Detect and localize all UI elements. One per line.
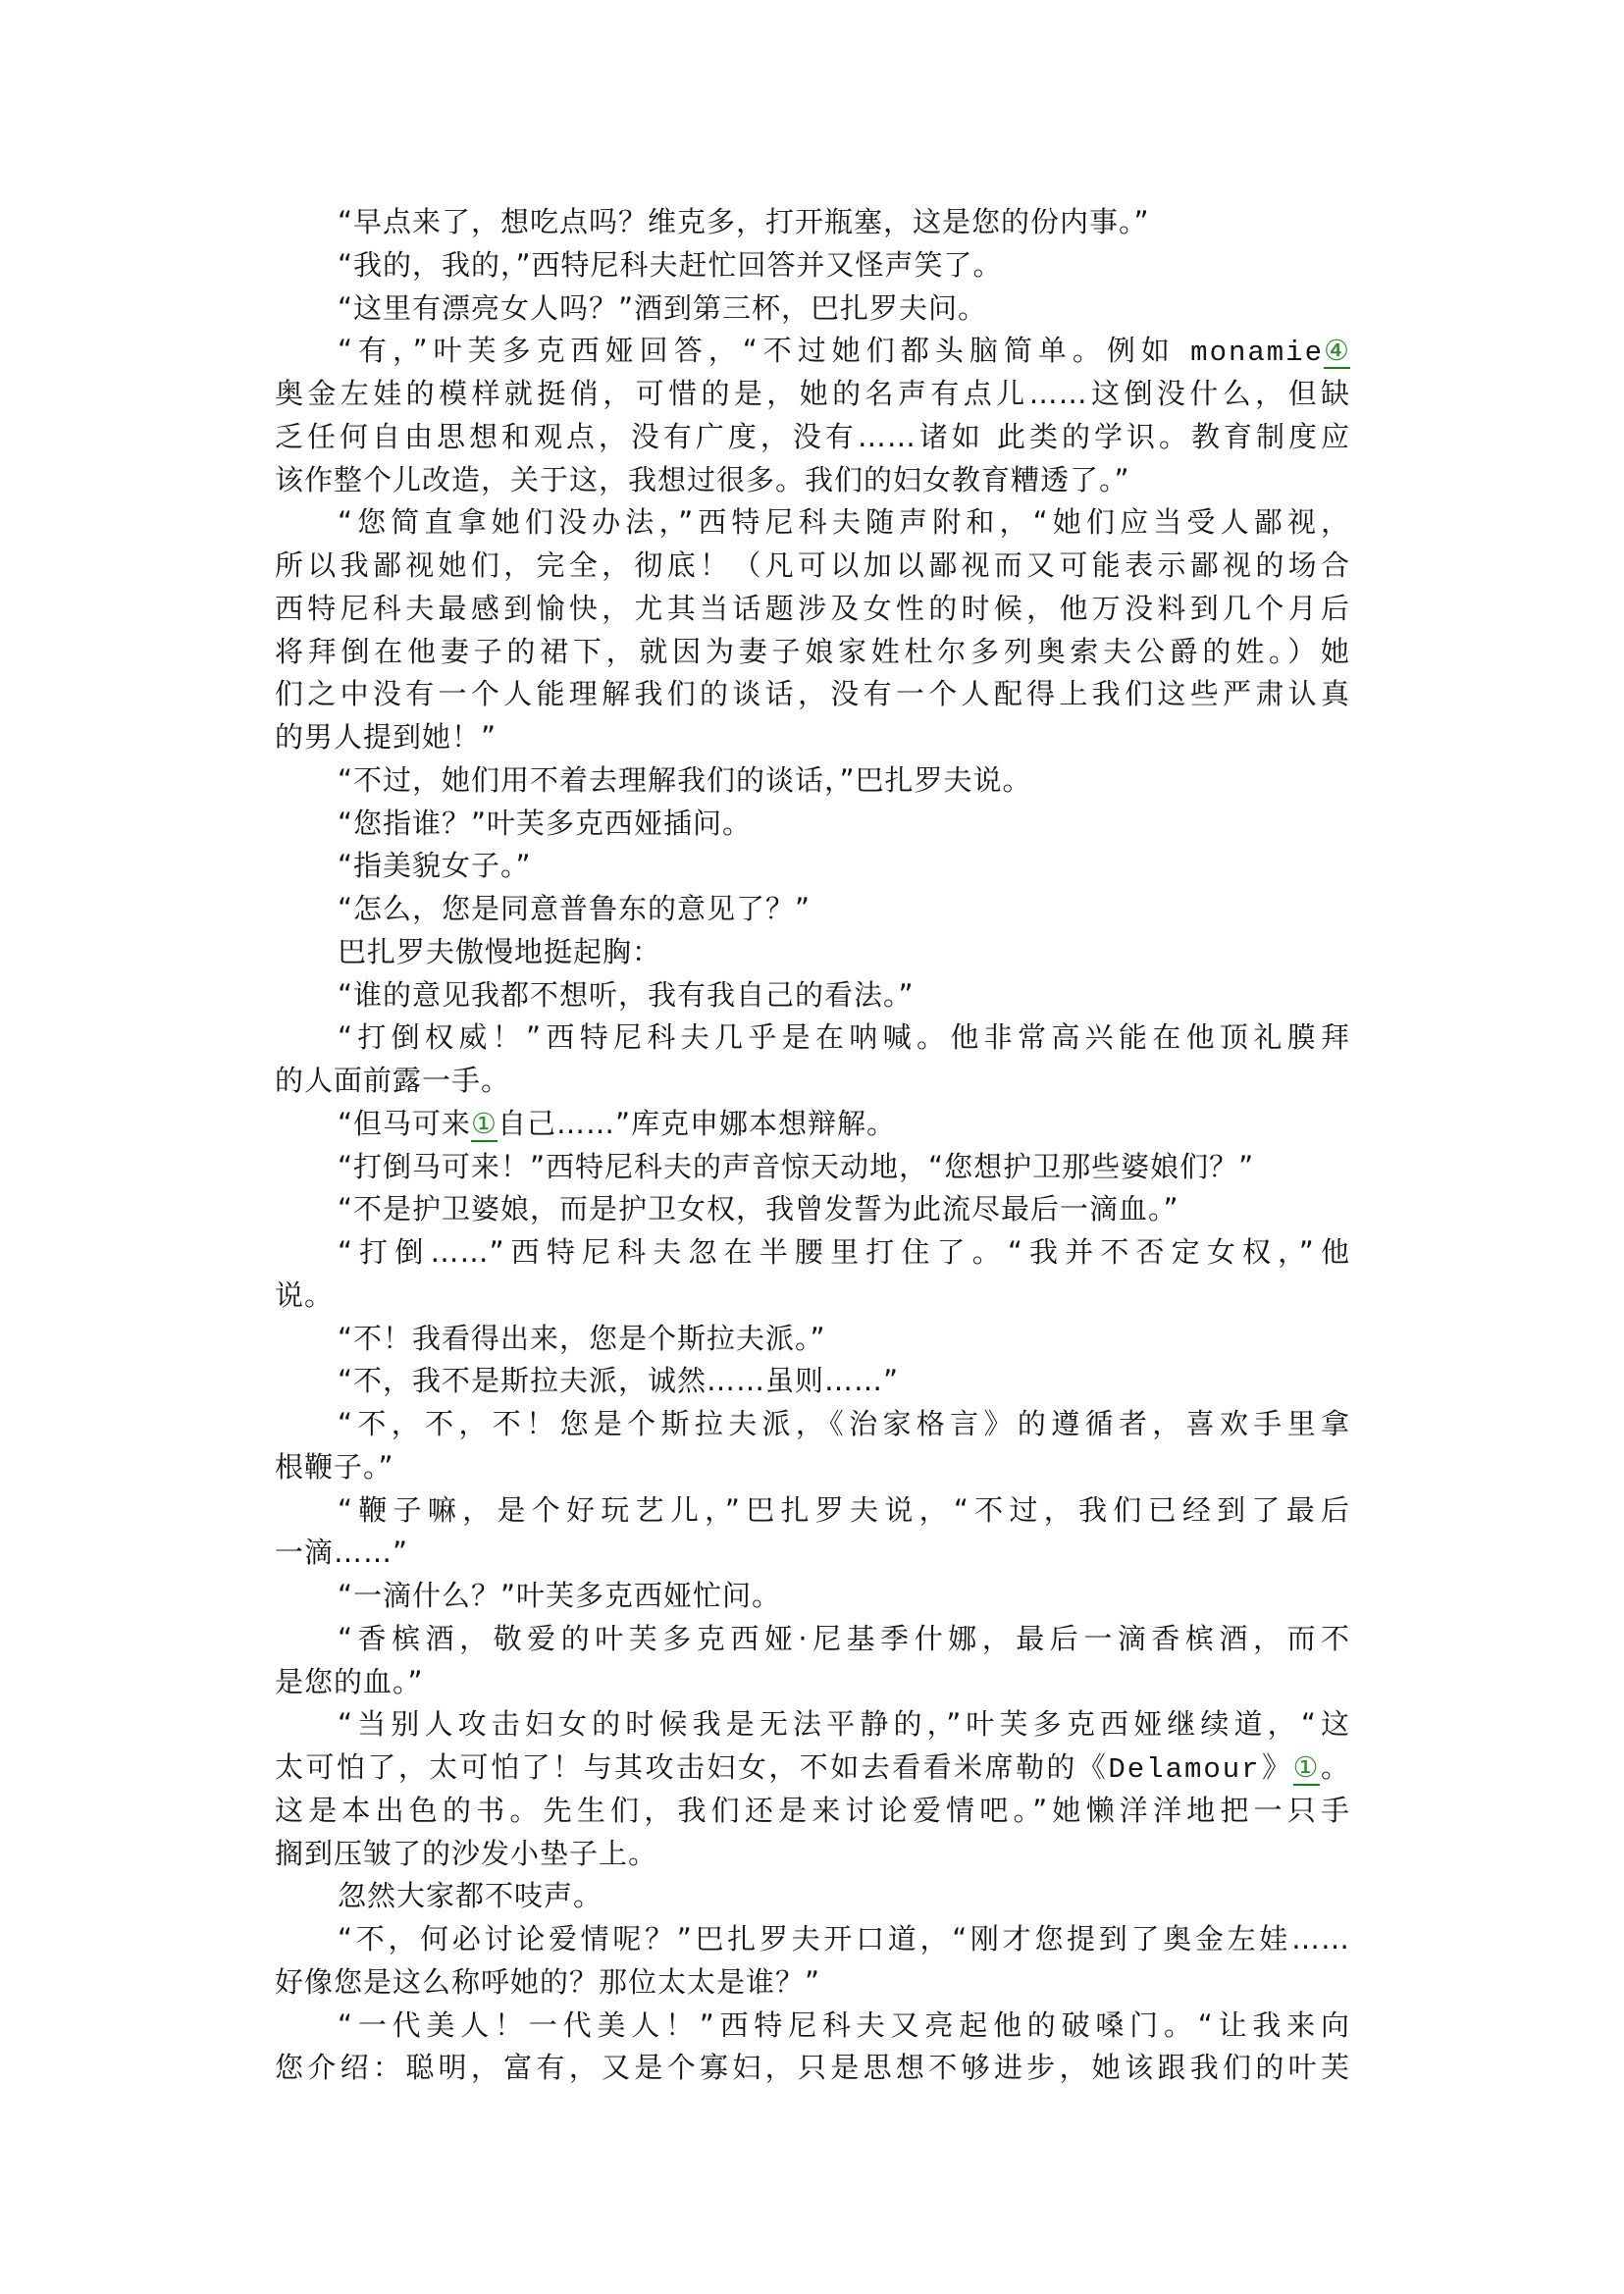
paragraph: “您指谁？”叶芙多克西娅插问。	[275, 803, 1350, 846]
text-segment: 的男人提到她！”	[275, 720, 497, 754]
paragraph: “有，”叶芙多克西娅回答，“不过她们都头脑简单。例如 monamie④奥金左娃的…	[275, 330, 1350, 501]
text-line: 们之中没有一个人能理解我们的谈话，没有一个人配得上我们这些严肃认真	[275, 673, 1350, 716]
text-line: 巴扎罗夫傲慢地挺起胸：	[275, 931, 1350, 974]
text-segment: “不，我不是斯拉夫派，诚然……虽则……”	[338, 1364, 899, 1397]
paragraph: “您简直拿她们没办法，”西特尼科夫随声附和，“她们应当受人鄙视，所以我鄙视她们，…	[275, 501, 1350, 759]
paragraph: “怎么，您是同意普鲁东的意见了？”	[275, 888, 1350, 931]
text-segment: “谁的意见我都不想听，我有我自己的看法。”	[338, 978, 915, 1012]
text-line: 将拜倒在他妻子的裙下，就因为妻子娘家姓杜尔多列奥索夫公爵的姓。）她	[275, 631, 1350, 674]
text-line: “我的，我的，”西特尼科夫赶忙回答并又怪声笑了。	[275, 244, 1350, 287]
text-segment: 忽然大家都不吱声。	[338, 1879, 602, 1912]
paragraph: “不过，她们用不着去理解我们的谈话，”巴扎罗夫说。	[275, 759, 1350, 803]
text-segment: 该作整个儿改造，关于这，我想过很多。我们的妇女教育糟透了。”	[275, 463, 1130, 496]
text-line: “一代美人！一代美人！”西特尼科夫又亮起他的破嗓门。“让我来向	[275, 2005, 1350, 2048]
text-segment: 搁到压皱了的沙发小垫子上。	[275, 1837, 657, 1870]
text-line: “打倒权威！”西特尼科夫几乎是在呐喊。他非常高兴能在他顶礼膜拜	[275, 1017, 1350, 1060]
text-segment: 您介绍：聪明，富有，又是个寡妇，只是思想不够进步，她该跟我们的叶芙	[275, 2051, 1350, 2084]
footnote-marker-link[interactable]: ①	[1293, 1753, 1320, 1786]
text-line: 好像您是这么称呼她的？那位太太是谁？”	[275, 1961, 1350, 2005]
text-line: “香槟酒，敬爱的叶芙多克西娅·尼基季什娜，最后一滴香槟酒，而不	[275, 1618, 1350, 1661]
paragraph: “不是护卫婆娘，而是护卫女权，我曾发誓为此流尽最后一滴血。”	[275, 1188, 1350, 1231]
text-line: “不！我看得出来，您是个斯拉夫派。”	[275, 1318, 1350, 1361]
text-line: “您指谁？”叶芙多克西娅插问。	[275, 803, 1350, 846]
text-segment: 根鞭子。”	[275, 1450, 394, 1484]
text-line: 该作整个儿改造，关于这，我想过很多。我们的妇女教育糟透了。”	[275, 459, 1350, 502]
text-segment: 将拜倒在他妻子的裙下，就因为妻子娘家姓杜尔多列奥索夫公爵的姓。）她	[275, 635, 1350, 668]
text-segment: “一代美人！一代美人！”西特尼科夫又亮起他的破嗓门。“让我来向	[338, 2008, 1350, 2042]
text-segment: 们之中没有一个人能理解我们的谈话，没有一个人配得上我们这些严肃认真	[275, 677, 1350, 710]
text-segment: “指美貌女子。”	[338, 849, 532, 882]
text-line: “一滴什么？”叶芙多克西娅忙问。	[275, 1575, 1350, 1618]
text-line: “不过，她们用不着去理解我们的谈话，”巴扎罗夫说。	[275, 759, 1350, 803]
text-segment: 说。	[275, 1278, 334, 1312]
text-line: 奥金左娃的模样就挺俏，可惜的是，她的名声有点儿……这倒没什么，但缺	[275, 373, 1350, 416]
text-line: “您简直拿她们没办法，”西特尼科夫随声附和，“她们应当受人鄙视，	[275, 501, 1350, 545]
text-segment: “当别人攻击妇女的时候我是无法平静的，”叶芙多克西娅继续道，“这	[338, 1707, 1350, 1741]
text-segment: 太可怕了，太可怕了！与其攻击妇女，不如去看看米席勒的《	[275, 1750, 1108, 1784]
paragraph: “谁的意见我都不想听，我有我自己的看法。”	[275, 974, 1350, 1017]
paragraph: “当别人攻击妇女的时候我是无法平静的，”叶芙多克西娅继续道，“这太可怕了，太可怕…	[275, 1703, 1350, 1875]
text-segment: “不，不，不！您是个斯拉夫派，《治家格言》的遵循者，喜欢手里拿	[338, 1407, 1350, 1440]
text-line: “不是护卫婆娘，而是护卫女权，我曾发誓为此流尽最后一滴血。”	[275, 1188, 1350, 1231]
text-segment: “我的，我的，”西特尼科夫赶忙回答并又怪声笑了。	[338, 248, 1003, 282]
text-line: “但马可来①自己……”库克申娜本想辩解。	[275, 1103, 1350, 1146]
paragraph: “一代美人！一代美人！”西特尼科夫又亮起他的破嗓门。“让我来向您介绍：聪明，富有…	[275, 2005, 1350, 2091]
text-line: 这是本出色的书。先生们，我们还是来讨论爱情吧。”她懒洋洋地把一只手	[275, 1790, 1350, 1833]
text-line: 一滴……”	[275, 1532, 1350, 1575]
text-segment: 。	[1320, 1750, 1350, 1784]
text-segment: 自己……”库克申娜本想辩解。	[498, 1107, 896, 1140]
text-segment: “打倒权威！”西特尼科夫几乎是在呐喊。他非常高兴能在他顶礼膜拜	[338, 1020, 1350, 1054]
paragraph: “但马可来①自己……”库克申娜本想辩解。	[275, 1103, 1350, 1146]
latin-word: monamie	[1190, 337, 1324, 369]
text-line: “鞭子嘛，是个好玩艺儿，”巴扎罗夫说，“不过，我们已经到了最后	[275, 1489, 1350, 1533]
text-line: 乏任何自由思想和观点，没有广度，没有……诸如 此类的学识。教育制度应	[275, 416, 1350, 459]
text-line: 西特尼科夫最感到愉快，尤其当话题涉及女性的时候，他万没料到几个月后	[275, 588, 1350, 631]
text-segment: 是您的血。”	[275, 1665, 424, 1698]
paragraph: “这里有漂亮女人吗？”酒到第三杯，巴扎罗夫问。	[275, 287, 1350, 331]
paragraph: “不，何必讨论爱情呢？”巴扎罗夫开口道，“刚才您提到了奥金左娃……好像您是这么称…	[275, 1918, 1350, 2005]
footnote-marker-link[interactable]: ④	[1324, 337, 1350, 369]
document-page: “早点来了，想吃点吗？维克多，打开瓶塞，这是您的份内事。”“我的，我的，”西特尼…	[275, 201, 1350, 2090]
paragraph: “鞭子嘛，是个好玩艺儿，”巴扎罗夫说，“不过，我们已经到了最后一滴……”	[275, 1489, 1350, 1576]
text-segment: “香槟酒，敬爱的叶芙多克西娅·尼基季什娜，最后一滴香槟酒，而不	[338, 1622, 1350, 1655]
text-segment: “怎么，您是同意普鲁东的意见了？”	[338, 892, 811, 925]
text-line: 搁到压皱了的沙发小垫子上。	[275, 1833, 1350, 1876]
text-segment: “您指谁？”叶芙多克西娅插问。	[338, 807, 752, 840]
text-line: “早点来了，想吃点吗？维克多，打开瓶塞，这是您的份内事。”	[275, 201, 1350, 244]
text-segment: “不！我看得出来，您是个斯拉夫派。”	[338, 1322, 826, 1355]
text-line: 说。	[275, 1275, 1350, 1318]
text-segment: 奥金左娃的模样就挺俏，可惜的是，她的名声有点儿……这倒没什么，但缺	[275, 377, 1350, 410]
text-segment: 所以我鄙视她们，完全，彻底！（凡可以加以鄙视而又可能表示鄙视的场合	[275, 548, 1350, 582]
text-line: 的男人提到她！”	[275, 716, 1350, 759]
text-line: “不，我不是斯拉夫派，诚然……虽则……”	[275, 1360, 1350, 1403]
text-line: “谁的意见我都不想听，我有我自己的看法。”	[275, 974, 1350, 1017]
text-segment: 巴扎罗夫傲慢地挺起胸：	[338, 935, 661, 968]
text-segment: 西特尼科夫最感到愉快，尤其当话题涉及女性的时候，他万没料到几个月后	[275, 592, 1350, 625]
text-line: “不，不，不！您是个斯拉夫派，《治家格言》的遵循者，喜欢手里拿	[275, 1403, 1350, 1446]
text-segment: “一滴什么？”叶芙多克西娅忙问。	[338, 1579, 781, 1612]
text-line: “有，”叶芙多克西娅回答，“不过她们都头脑简单。例如 monamie④	[275, 330, 1350, 373]
text-segment: 一滴……”	[275, 1536, 408, 1569]
text-segment: “这里有漂亮女人吗？”酒到第三杯，巴扎罗夫问。	[338, 291, 987, 325]
text-line: 根鞭子。”	[275, 1446, 1350, 1489]
text-line: “怎么，您是同意普鲁东的意见了？”	[275, 888, 1350, 931]
paragraph: “不！我看得出来，您是个斯拉夫派。”	[275, 1318, 1350, 1361]
text-line: 所以我鄙视她们，完全，彻底！（凡可以加以鄙视而又可能表示鄙视的场合	[275, 545, 1350, 588]
paragraph: “打倒马可来！”西特尼科夫的声音惊天动地，“您想护卫那些婆娘们？”	[275, 1146, 1350, 1189]
text-segment: “打倒马可来！”西特尼科夫的声音惊天动地，“您想护卫那些婆娘们？”	[338, 1150, 1254, 1183]
text-segment: “打倒……”西特尼科夫忽在半腰里打住了。“我并不否定女权，”他	[338, 1235, 1350, 1269]
paragraph: 巴扎罗夫傲慢地挺起胸：	[275, 931, 1350, 974]
paragraph: “不，不，不！您是个斯拉夫派，《治家格言》的遵循者，喜欢手里拿根鞭子。”	[275, 1403, 1350, 1489]
text-segment: “不，何必讨论爱情呢？”巴扎罗夫开口道，“刚才您提到了奥金左娃……	[338, 1922, 1350, 1955]
text-line: 是您的血。”	[275, 1661, 1350, 1704]
text-line: 您介绍：聪明，富有，又是个寡妇，只是思想不够进步，她该跟我们的叶芙	[275, 2047, 1350, 2090]
text-segment: 这是本出色的书。先生们，我们还是来讨论爱情吧。”她懒洋洋地把一只手	[275, 1794, 1350, 1827]
text-segment: “但马可来	[338, 1107, 471, 1140]
text-line: 的人面前露一手。	[275, 1060, 1350, 1103]
latin-word: Delamour	[1108, 1753, 1260, 1786]
text-segment: 好像您是这么称呼她的？那位太太是谁？”	[275, 1965, 820, 1999]
footnote-marker-link[interactable]: ①	[471, 1110, 498, 1142]
text-line: “这里有漂亮女人吗？”酒到第三杯，巴扎罗夫问。	[275, 287, 1350, 331]
text-segment: 乏任何自由思想和观点，没有广度，没有……诸如 此类的学识。教育制度应	[275, 420, 1350, 453]
text-segment: “不是护卫婆娘，而是护卫女权，我曾发誓为此流尽最后一滴血。”	[338, 1192, 1179, 1225]
paragraph: 忽然大家都不吱声。	[275, 1875, 1350, 1918]
text-segment: “早点来了，想吃点吗？维克多，打开瓶塞，这是您的份内事。”	[338, 205, 1150, 238]
text-segment: “有，”叶芙多克西娅回答，“不过她们都头脑简单。例如	[338, 334, 1190, 367]
text-segment: “您简直拿她们没办法，”西特尼科夫随声附和，“她们应当受人鄙视，	[338, 505, 1350, 539]
text-line: “打倒……”西特尼科夫忽在半腰里打住了。“我并不否定女权，”他	[275, 1231, 1350, 1275]
text-segment: 的人面前露一手。	[275, 1064, 510, 1097]
text-line: “不，何必讨论爱情呢？”巴扎罗夫开口道，“刚才您提到了奥金左娃……	[275, 1918, 1350, 1961]
paragraph: “我的，我的，”西特尼科夫赶忙回答并又怪声笑了。	[275, 244, 1350, 287]
paragraph: “不，我不是斯拉夫派，诚然……虽则……”	[275, 1360, 1350, 1403]
text-line: 忽然大家都不吱声。	[275, 1875, 1350, 1918]
paragraph: “香槟酒，敬爱的叶芙多克西娅·尼基季什娜，最后一滴香槟酒，而不是您的血。”	[275, 1618, 1350, 1704]
text-segment: “不过，她们用不着去理解我们的谈话，”巴扎罗夫说。	[338, 763, 1032, 797]
paragraph: “打倒……”西特尼科夫忽在半腰里打住了。“我并不否定女权，”他说。	[275, 1231, 1350, 1318]
text-line: 太可怕了，太可怕了！与其攻击妇女，不如去看看米席勒的《Delamour》①。	[275, 1747, 1350, 1790]
text-segment: 》	[1261, 1750, 1293, 1784]
paragraph: “早点来了，想吃点吗？维克多，打开瓶塞，这是您的份内事。”	[275, 201, 1350, 244]
text-line: “指美貌女子。”	[275, 845, 1350, 888]
text-line: “打倒马可来！”西特尼科夫的声音惊天动地，“您想护卫那些婆娘们？”	[275, 1146, 1350, 1189]
paragraph: “一滴什么？”叶芙多克西娅忙问。	[275, 1575, 1350, 1618]
text-segment: “鞭子嘛，是个好玩艺儿，”巴扎罗夫说，“不过，我们已经到了最后	[338, 1493, 1350, 1527]
paragraph: “指美貌女子。”	[275, 845, 1350, 888]
paragraph: “打倒权威！”西特尼科夫几乎是在呐喊。他非常高兴能在他顶礼膜拜的人面前露一手。	[275, 1017, 1350, 1103]
text-line: “当别人攻击妇女的时候我是无法平静的，”叶芙多克西娅继续道，“这	[275, 1703, 1350, 1747]
